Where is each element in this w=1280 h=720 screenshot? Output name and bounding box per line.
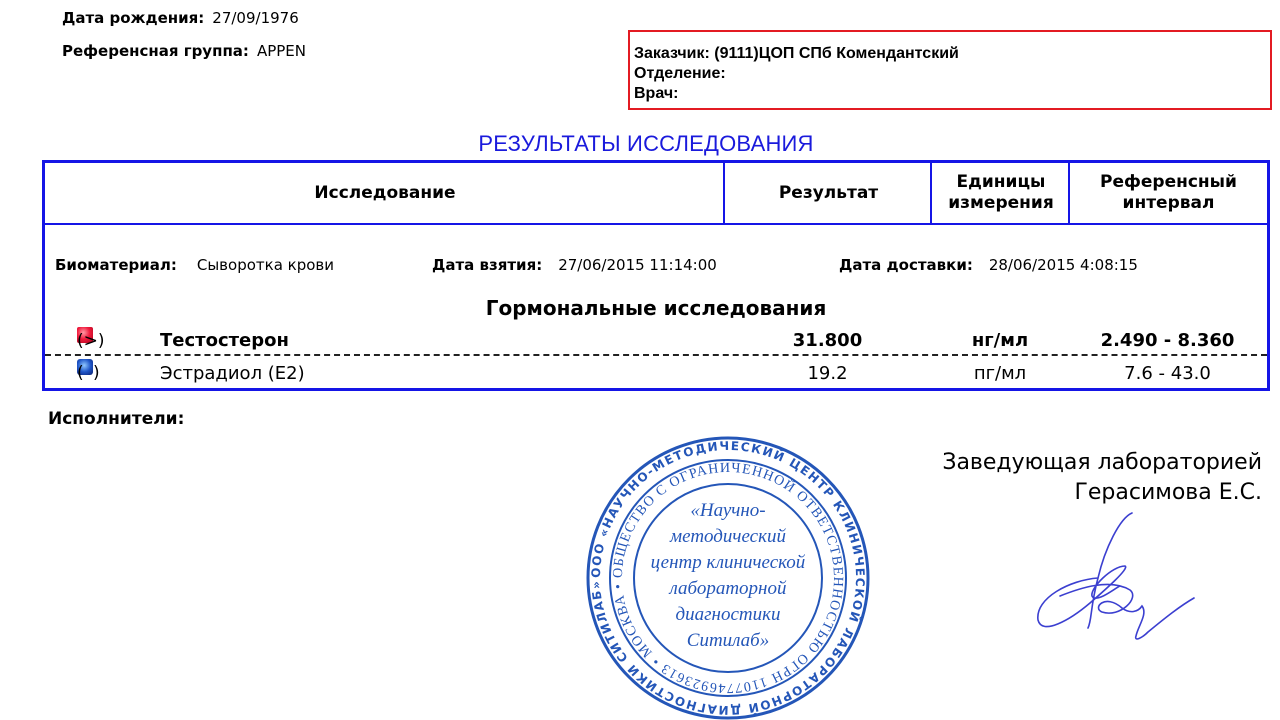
test-reference: 2.490 - 8.360 bbox=[1068, 330, 1267, 351]
test-units: пг/мл bbox=[930, 363, 1070, 384]
svg-text:методический: методический bbox=[669, 526, 786, 547]
ref-header-line1: Референсный bbox=[1100, 172, 1237, 192]
units-header-line2: измерения bbox=[948, 193, 1054, 213]
table-row: () Эстрадиол (E2) 19.2 пг/мл 7.6 - 43.0 bbox=[45, 359, 1267, 389]
test-reference: 7.6 - 43.0 bbox=[1068, 363, 1267, 384]
collection-date: Дата взятия:27/06/2015 11:14:00 bbox=[432, 256, 717, 274]
customer-line: Заказчик: (9111)ЦОП СПб Комендантский bbox=[634, 44, 1270, 64]
lab-head-name: Герасимова Е.С. bbox=[942, 478, 1262, 508]
column-header-reference: Референсныйинтервал bbox=[1068, 163, 1267, 225]
collection-date-value: 27/06/2015 11:14:00 bbox=[558, 256, 717, 274]
results-table: Исследование Результат Единицыизмерения … bbox=[42, 160, 1270, 391]
section-title: Гормональные исследования bbox=[45, 296, 1267, 320]
biomaterial-label: Биоматериал: bbox=[55, 256, 177, 274]
biomaterial-value: Сыворотка крови bbox=[197, 256, 334, 274]
patient-reference-group: Референсная группа:APPEN bbox=[62, 41, 306, 60]
flag-text: (>) bbox=[77, 331, 105, 351]
collection-date-label: Дата взятия: bbox=[432, 256, 542, 274]
test-units: нг/мл bbox=[930, 330, 1070, 351]
column-header-units: Единицыизмерения bbox=[930, 163, 1070, 225]
stamp-center-text: «Научно-методическийцентр клиническойлаб… bbox=[651, 500, 806, 651]
column-header-test: Исследование bbox=[45, 163, 725, 225]
seal-stamp: ООО «НАУЧНО-МЕТОДИЧЕСКИЙ ЦЕНТР КЛИНИЧЕСК… bbox=[580, 436, 876, 720]
biomaterial: Биоматериал:Сыворотка крови bbox=[55, 256, 334, 274]
ref-group-label: Референсная группа: bbox=[62, 42, 249, 60]
abnormal-flag: (>) bbox=[77, 327, 93, 347]
svg-text:диагностики: диагностики bbox=[676, 604, 781, 625]
dob-label: Дата рождения: bbox=[62, 9, 204, 27]
department-line: Отделение: bbox=[634, 64, 1270, 84]
units-header-line1: Единицы bbox=[957, 172, 1046, 192]
signature bbox=[1030, 508, 1230, 648]
results-title: РЕЗУЛЬТАТЫ ИССЛЕДОВАНИЯ bbox=[0, 131, 1280, 157]
lab-head-title: Заведующая лабораторией bbox=[942, 448, 1262, 478]
delivery-date-label: Дата доставки: bbox=[839, 256, 973, 274]
svg-text:лабораторной: лабораторной bbox=[669, 578, 787, 599]
customer-box: Заказчик: (9111)ЦОП СПб Комендантский От… bbox=[628, 30, 1272, 110]
delivery-date: Дата доставки:28/06/2015 4:08:15 bbox=[839, 256, 1138, 274]
delivery-date-value: 28/06/2015 4:08:15 bbox=[989, 256, 1138, 274]
dob-value: 27/09/1976 bbox=[212, 9, 298, 27]
svg-text:Ситилаб»: Ситилаб» bbox=[687, 630, 769, 651]
flag-open: ( bbox=[77, 363, 84, 383]
test-name: Тестостерон bbox=[160, 330, 289, 351]
flag-close: ) bbox=[93, 363, 100, 383]
ref-group-value: APPEN bbox=[257, 42, 306, 60]
test-name: Эстрадиол (E2) bbox=[160, 363, 305, 384]
performers-label: Исполнители: bbox=[48, 409, 184, 429]
lab-head: Заведующая лабораторией Герасимова Е.С. bbox=[942, 448, 1262, 508]
svg-text:«Научно-: «Научно- bbox=[690, 500, 765, 521]
test-result: 31.800 bbox=[723, 330, 932, 351]
normal-flag: () bbox=[77, 359, 93, 379]
svg-text:центр клинической: центр клинической bbox=[651, 552, 806, 573]
column-header-result: Результат bbox=[723, 163, 932, 225]
doctor-line: Врач: bbox=[634, 84, 1270, 104]
test-result: 19.2 bbox=[723, 363, 932, 384]
ref-header-line2: интервал bbox=[1123, 193, 1215, 213]
table-row: (>) Тестостерон 31.800 нг/мл 2.490 - 8.3… bbox=[45, 326, 1267, 356]
patient-dob: Дата рождения:27/09/1976 bbox=[62, 8, 299, 27]
